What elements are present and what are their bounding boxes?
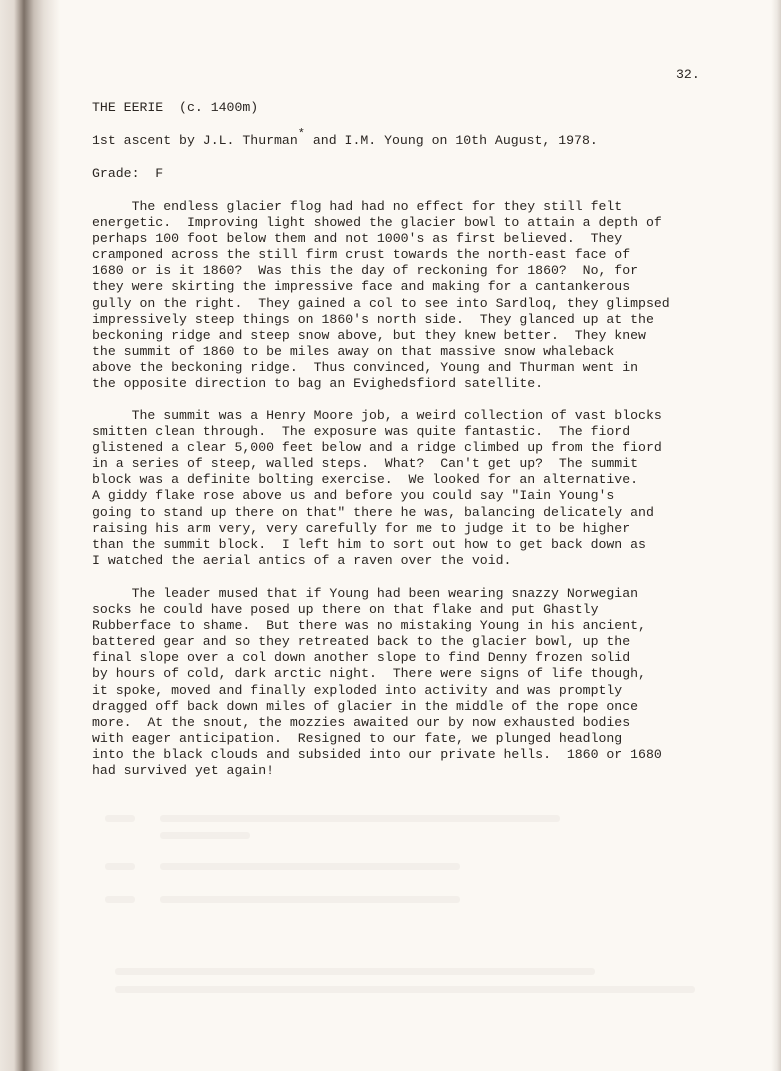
text-line: The summit was a Henry Moore job, a weir… bbox=[92, 408, 662, 424]
text-line: beckoning ridge and steep snow above, bu… bbox=[92, 328, 670, 344]
text-line: into the black clouds and subsided into … bbox=[92, 747, 662, 763]
ascent-text-after: and I.M. Young on 10th August, 1978. bbox=[305, 133, 598, 148]
first-ascent-line: 1st ascent by J.L. Thurman* and I.M. You… bbox=[92, 133, 598, 149]
text-line: I watched the aerial antics of a raven o… bbox=[92, 553, 662, 569]
text-line: cramponed across the still firm crust to… bbox=[92, 247, 670, 263]
paragraph-3: The leader mused that if Young had been … bbox=[92, 586, 662, 779]
text-line: it spoke, moved and finally exploded int… bbox=[92, 683, 662, 699]
text-line: block was a definite bolting exercise. W… bbox=[92, 472, 662, 488]
text-line: in a series of steep, walled steps. What… bbox=[92, 456, 662, 472]
text-line: Rubberface to shame. But there was no mi… bbox=[92, 618, 662, 634]
text-line: the opposite direction to bag an Evighed… bbox=[92, 376, 670, 392]
paragraph-1: The endless glacier flog had had no effe… bbox=[92, 199, 670, 392]
text-line: perhaps 100 foot below them and not 1000… bbox=[92, 231, 670, 247]
book-spine-shadow bbox=[0, 0, 60, 1071]
section-title: THE EERIE (c. 1400m) bbox=[92, 100, 258, 116]
text-line: The endless glacier flog had had no effe… bbox=[92, 199, 670, 215]
text-line: A giddy flake rose above us and before y… bbox=[92, 488, 662, 504]
text-line: socks he could have posed up there on th… bbox=[92, 602, 662, 618]
text-line: dragged off back down miles of glacier i… bbox=[92, 699, 662, 715]
text-line: energetic. Improving light showed the gl… bbox=[92, 215, 670, 231]
text-line: had survived yet again! bbox=[92, 763, 662, 779]
page-number: 32. bbox=[676, 67, 700, 82]
text-line: battered gear and so they retreated back… bbox=[92, 634, 662, 650]
text-line: smitten clean through. The exposure was … bbox=[92, 424, 662, 440]
paragraph-2: The summit was a Henry Moore job, a weir… bbox=[92, 408, 662, 569]
text-line: above the beckoning ridge. Thus convince… bbox=[92, 360, 670, 376]
text-line: more. At the snout, the mozzies awaited … bbox=[92, 715, 662, 731]
text-line: by hours of cold, dark arctic night. The… bbox=[92, 666, 662, 682]
text-line: raising his arm very, very carefully for… bbox=[92, 521, 662, 537]
text-line: 1680 or is it 1860? Was this the day of … bbox=[92, 263, 670, 279]
text-line: than the summit block. I left him to sor… bbox=[92, 537, 662, 553]
text-line: gully on the right. They gained a col to… bbox=[92, 296, 670, 312]
text-line: final slope over a col down another slop… bbox=[92, 650, 662, 666]
text-line: they were skirting the impressive face a… bbox=[92, 279, 670, 295]
ascent-text-before: 1st ascent by J.L. Thurman bbox=[92, 133, 298, 148]
text-line: with eager anticipation. Resigned to our… bbox=[92, 731, 662, 747]
text-line: glistened a clear 5,000 feet below and a… bbox=[92, 440, 662, 456]
page-edge bbox=[771, 0, 781, 1071]
text-line: impressively steep things on 1860's nort… bbox=[92, 312, 670, 328]
grade-line: Grade: F bbox=[92, 166, 163, 182]
text-line: the summit of 1860 to be miles away on t… bbox=[92, 344, 670, 360]
text-line: The leader mused that if Young had been … bbox=[92, 586, 662, 602]
text-line: going to stand up there on that" there h… bbox=[92, 505, 662, 521]
footnote-marker: * bbox=[298, 127, 305, 141]
